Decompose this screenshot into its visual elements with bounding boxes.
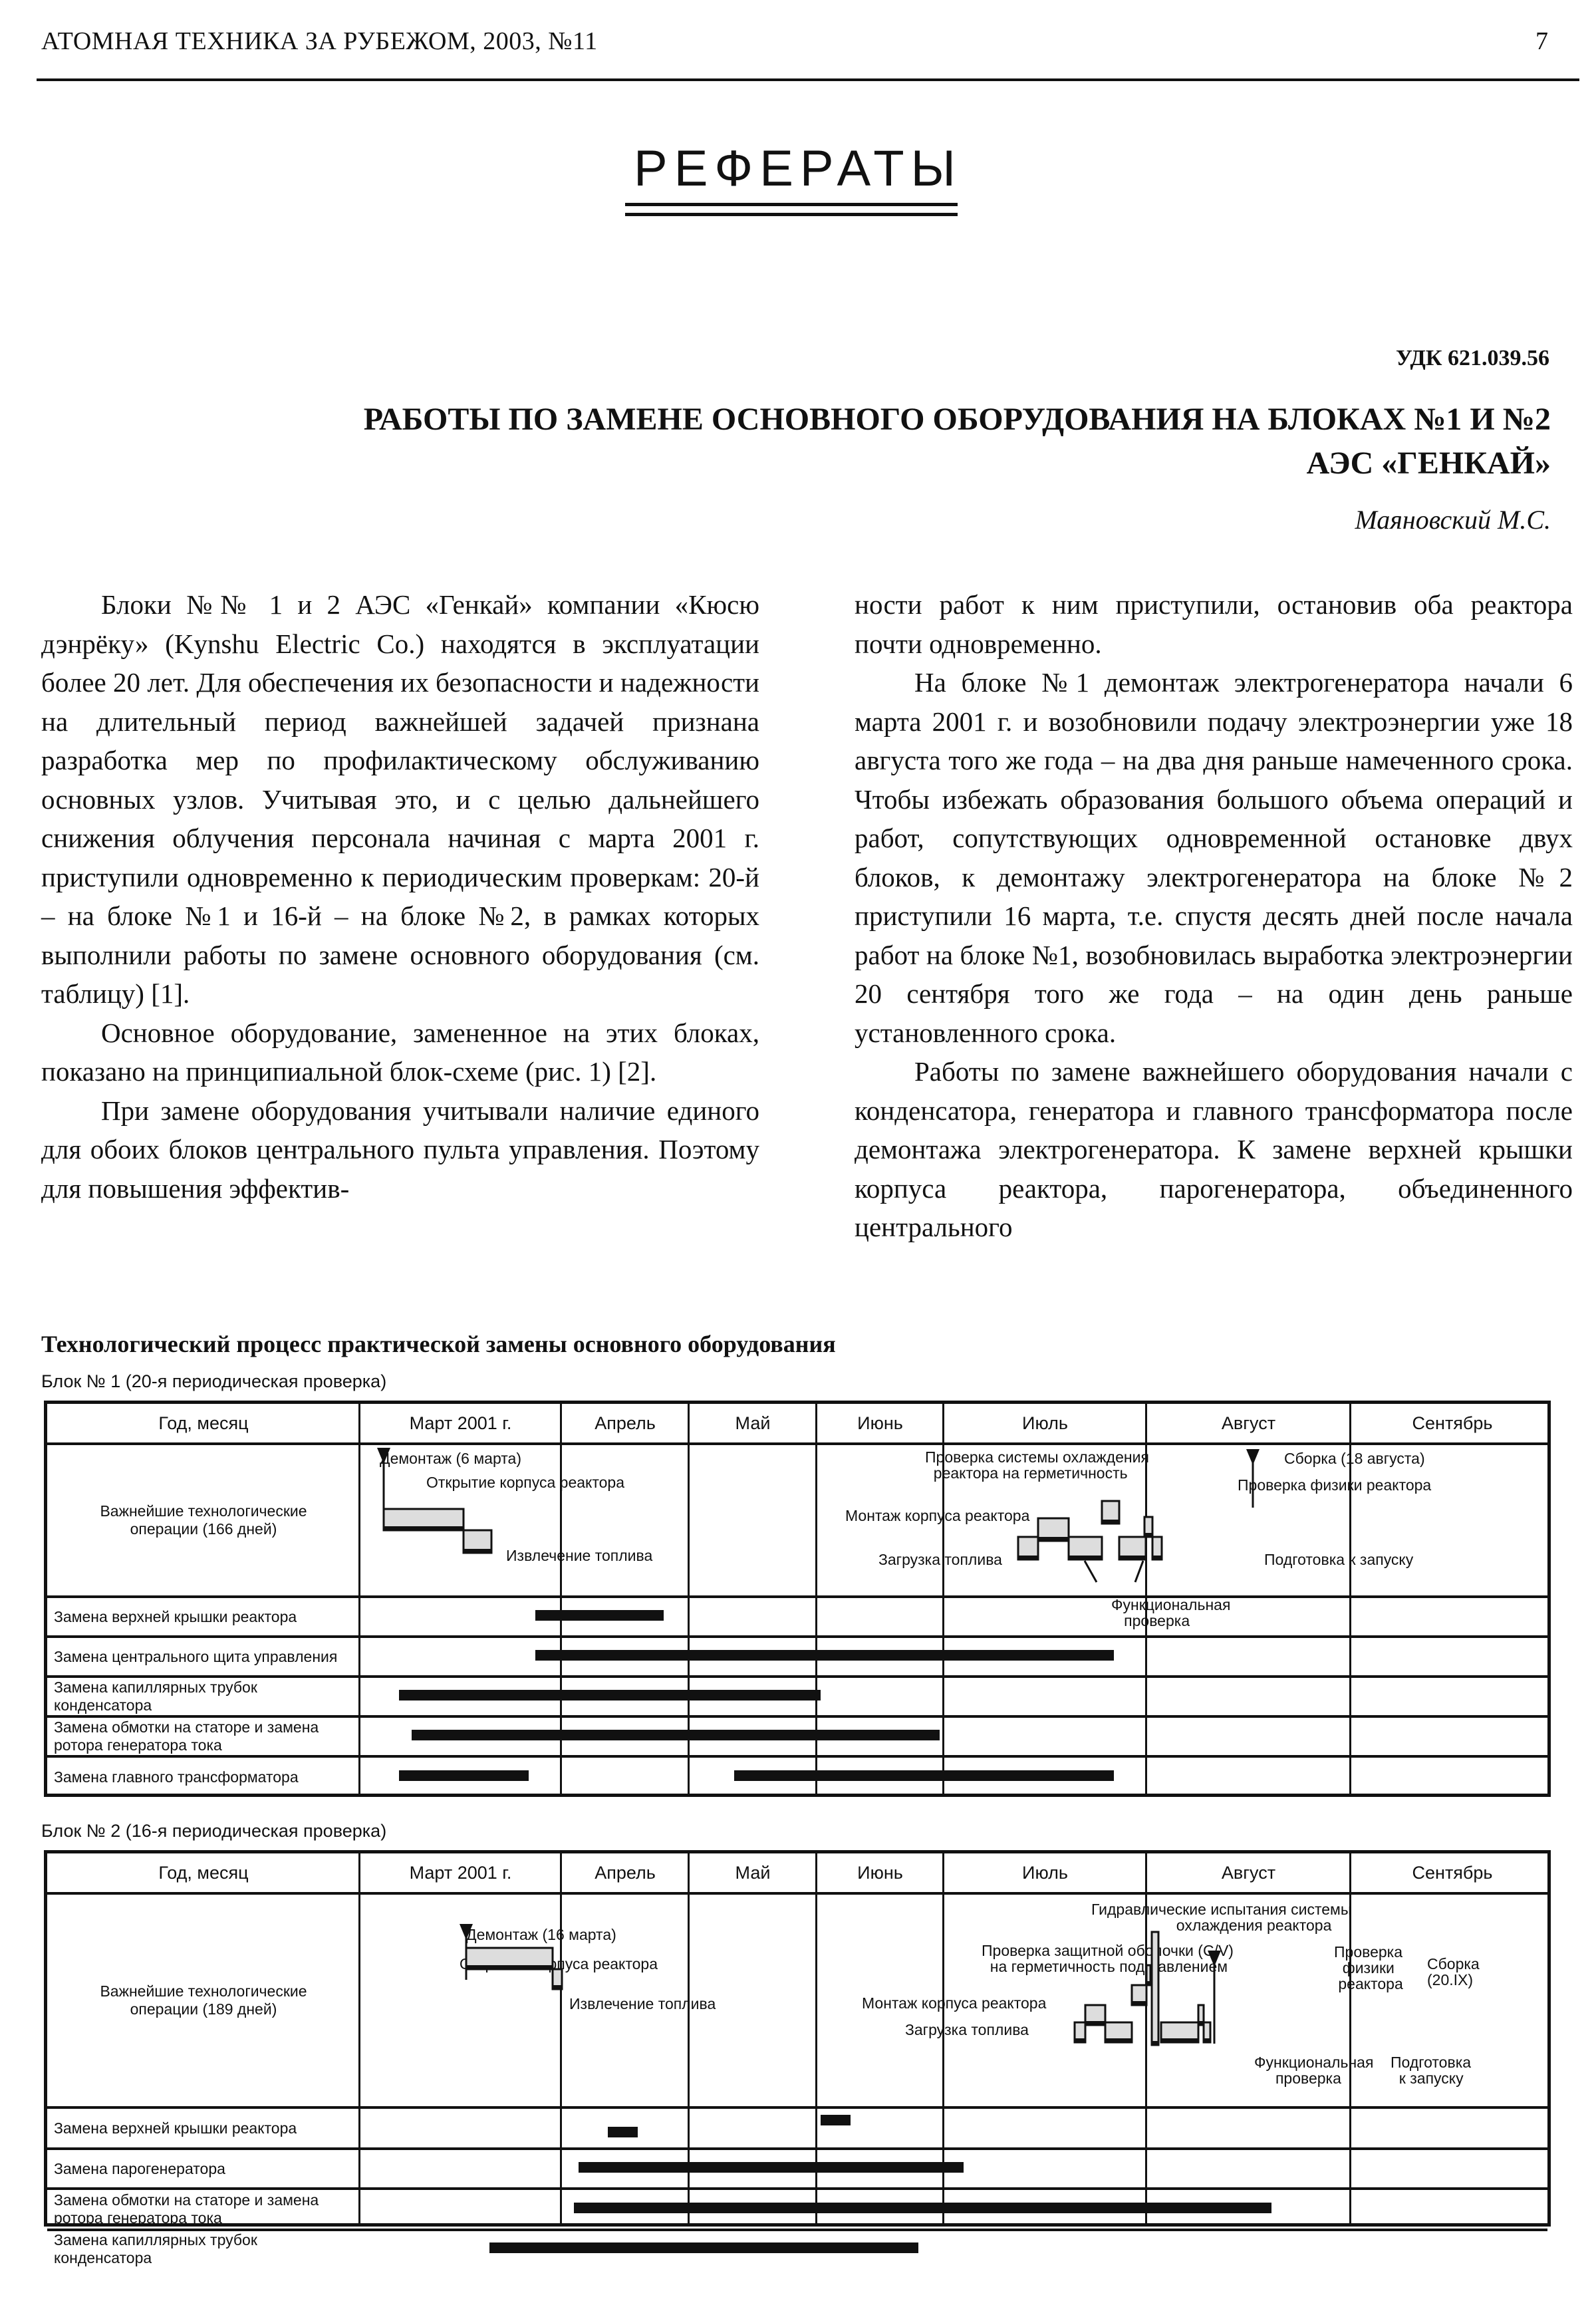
paragraph: Основное оборудование, замененное на эти…: [41, 1014, 759, 1091]
schedule-bar: [579, 2162, 964, 2173]
schedule-bar: [489, 2242, 918, 2253]
row-label: Замена капиллярных трубок конденсатора: [47, 1678, 360, 1715]
schedule-bar: [535, 1650, 1114, 1661]
section-title: РЕФЕРАТЫ: [0, 140, 1596, 198]
article-title: РАБОТЫ ПО ЗАМЕНЕ ОСНОВНОГО ОБОРУДОВАНИЯ …: [154, 398, 1551, 485]
block1-label: Блок № 1 (20-я периодическая проверка): [41, 1371, 386, 1392]
article-title-line: АЭС «ГЕНКАЙ»: [154, 442, 1551, 485]
paragraph: ности работ к ним приступили, остановив …: [855, 585, 1573, 663]
block2-gantt-chart: Год, месяцМарт 2001 г.АпрельМайИюньИюльА…: [44, 1850, 1551, 2227]
row-label: Замена обмотки на статоре и замена ротор…: [47, 2190, 360, 2229]
schedule-bar: [399, 1770, 529, 1781]
figure-title: Технологический процесс практической зам…: [41, 1330, 836, 1358]
schedule-bar: [412, 1730, 939, 1740]
paragraph: При замене оборудования учитывали наличи…: [41, 1091, 759, 1208]
schedule-bar: [535, 1610, 664, 1621]
schedule-bar: [821, 2115, 851, 2125]
section-underline: [625, 203, 958, 206]
right-text-column: ности работ к ним приступили, остановив …: [855, 585, 1573, 1247]
paragraph: Блоки №№ 1 и 2 АЭС «Генкай» компании «Кю…: [41, 585, 759, 1014]
running-header: АТОМНАЯ ТЕХНИКА ЗА РУБЕЖОМ, 2003, №11: [41, 27, 598, 56]
row-label: Замена парогенератора: [47, 2150, 360, 2187]
section-underline: [625, 213, 958, 216]
row-label: Замена главного трансформатора: [47, 1758, 360, 1796]
left-text-column: Блоки №№ 1 и 2 АЭС «Генкай» компании «Кю…: [41, 585, 759, 1208]
paragraph: На блоке №1 демонтаж электрогенератора н…: [855, 663, 1573, 1052]
page-number: 7: [1535, 27, 1548, 56]
row-label: Замена верхней крышки реактора: [47, 2109, 360, 2147]
article-author: Маяновский М.С.: [1355, 504, 1551, 535]
article-title-line: РАБОТЫ ПО ЗАМЕНЕ ОСНОВНОГО ОБОРУДОВАНИЯ …: [154, 398, 1551, 442]
table-row: Замена верхней крышки реактора: [47, 1595, 1547, 1635]
schedule-bar: [608, 2127, 638, 2137]
table-row: Замена верхней крышки реактора: [47, 2106, 1547, 2147]
schedule-bar: [574, 2203, 1271, 2213]
paragraph: Работы по замене важнейшего оборудования…: [855, 1052, 1573, 1247]
row-label: Замена центрального щита управления: [47, 1638, 360, 1675]
row-label: Замена обмотки на статоре и замена ротор…: [47, 1718, 360, 1755]
udk-code: УДК 621.039.56: [1396, 346, 1549, 371]
schedule-bar: [399, 1690, 821, 1700]
schedule-bar: [734, 1770, 1114, 1781]
row-label: Замена верхней крышки реактора: [47, 1598, 360, 1635]
row-label: Замена капиллярных трубок конденсатора: [47, 2231, 360, 2267]
block2-label: Блок № 2 (16-я периодическая проверка): [41, 1821, 386, 1841]
header-rule: [37, 78, 1579, 81]
block1-gantt-chart: Год, месяцМарт 2001 г.АпрельМайИюньИюльА…: [44, 1401, 1551, 1797]
